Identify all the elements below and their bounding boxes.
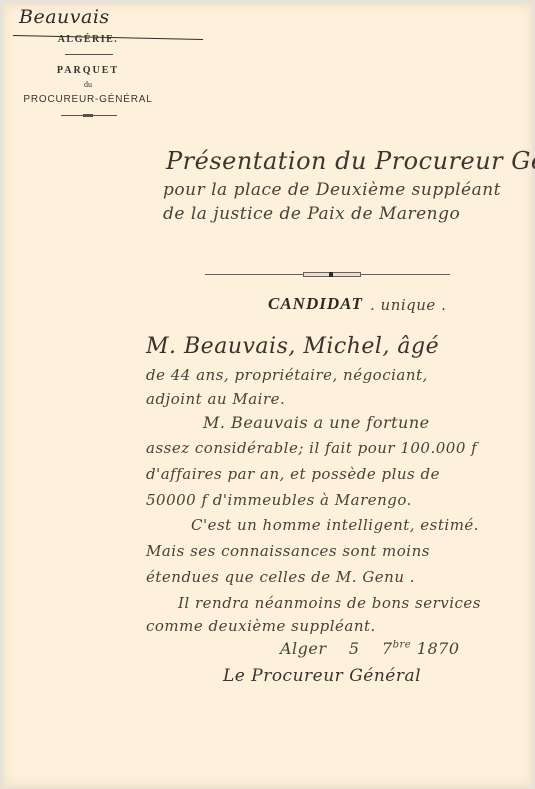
body-line: de 44 ans, propriétaire, négociant, [146, 366, 428, 384]
letterhead-connector: du [13, 80, 163, 89]
candidate-label: CANDIDAT [268, 294, 363, 314]
body-line: étendues que celles de M. Genu . [146, 568, 415, 586]
annotation-name: Beauvais [19, 6, 110, 28]
letterhead-office: PARQUET [13, 65, 163, 76]
body-line: Il rendra néanmoins de bons services [178, 594, 481, 612]
document-frame: Beauvais ALGÉRIE. PARQUET du PROCUREUR-G… [0, 0, 535, 789]
heading-line-2: pour la place de Deuxième suppléant [163, 180, 501, 200]
letterhead-region: ALGÉRIE. [13, 34, 163, 45]
body-line: M. Beauvais a une fortune [203, 413, 430, 432]
signature: Le Procureur Général [223, 666, 421, 686]
paper-sheet: Beauvais ALGÉRIE. PARQUET du PROCUREUR-G… [3, 4, 532, 787]
closing-month-suffix: bre [393, 640, 412, 651]
body-line: assez considérable; il fait pour 100.000… [146, 439, 477, 457]
candidate-qualifier: . unique . [370, 296, 446, 314]
divider-center-mark [329, 272, 333, 277]
body-line: 50000 f d'immeubles à Marengo. [146, 491, 412, 509]
letterhead-authority: PROCUREUR-GÉNÉRAL [13, 94, 163, 105]
body-line: Mais ses connaissances sont moins [146, 542, 430, 560]
letterhead-ornament-rule [61, 115, 117, 116]
document-title: Présentation du Procureur Général [166, 147, 535, 175]
body-line: comme deuxième suppléant. [146, 617, 376, 635]
body-line: adjoint au Maire. [146, 390, 285, 408]
closing-month: 7 [382, 639, 393, 658]
closing-place: Alger [280, 639, 327, 658]
letterhead-rule [65, 54, 113, 55]
closing-day: 5 [349, 639, 360, 658]
body-line: d'affaires par an, et possède plus de [146, 465, 440, 483]
heading-line-3: de la justice de Paix de Marengo [163, 204, 460, 224]
closing-date: Alger 5 7bre 1870 [280, 639, 460, 658]
body-line: M. Beauvais, Michel, âgé [146, 334, 439, 359]
closing-year: 1870 [417, 639, 460, 658]
body-line: C'est un homme intelligent, estimé. [191, 516, 479, 534]
